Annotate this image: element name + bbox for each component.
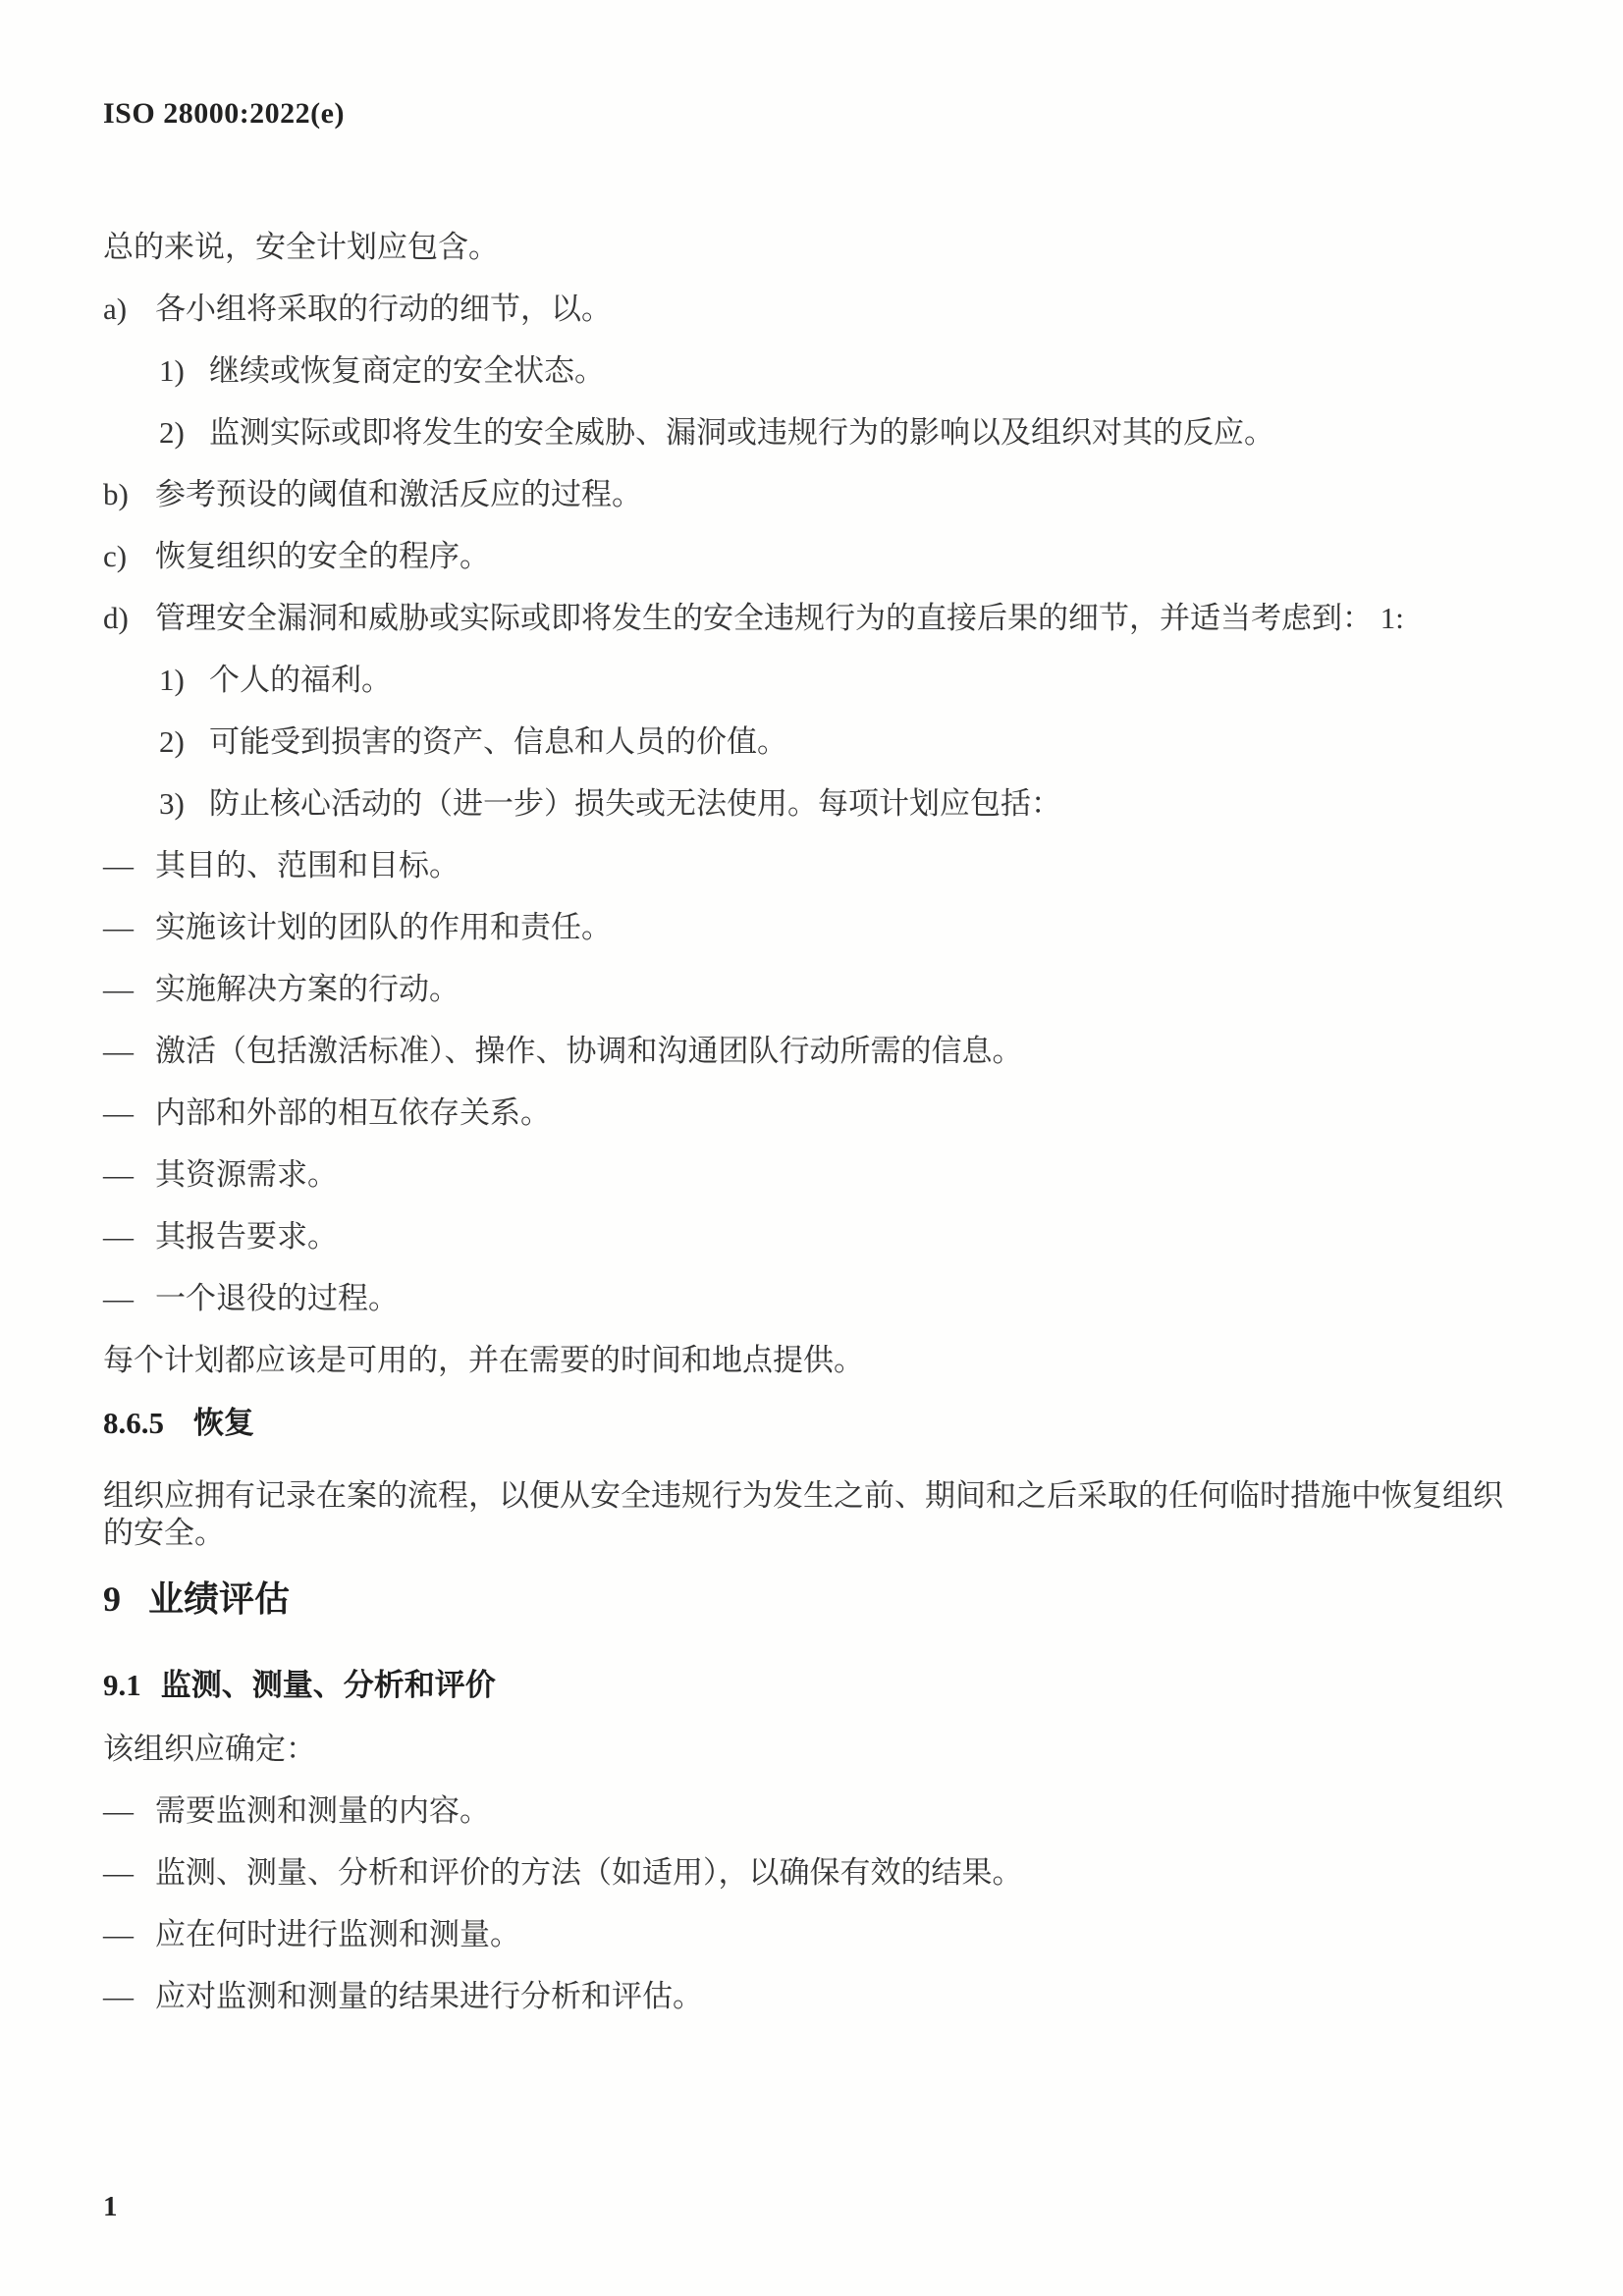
list-item-text: 实施该计划的团队的作用和责任。 [155, 909, 1520, 946]
list-item-text: 恢复组织的安全的程序。 [155, 538, 1520, 575]
list-item-a-2: 2) 监测实际或即将发生的安全威胁、漏洞或违规行为的影响以及组织对其的反应。 [159, 414, 1520, 452]
list-item-text: 其资源需求。 [155, 1156, 1520, 1194]
dash-marker: — [103, 1792, 155, 1830]
dash-marker: — [103, 1280, 155, 1317]
dash-marker: — [103, 909, 155, 946]
list-item-text: 实施解决方案的行动。 [155, 971, 1520, 1008]
list-item-text: 防止核心活动的（进一步）损失或无法使用。每项计划应包括： [209, 785, 1520, 823]
section-number: 9 [103, 1579, 121, 1619]
list-item-text: 内部和外部的相互依存关系。 [155, 1095, 1520, 1132]
page-number: 1 [103, 2187, 118, 2226]
list-item-text: 各小组将采取的行动的细节，以。 [155, 291, 1520, 328]
list-item-a: a) 各小组将采取的行动的细节，以。 [103, 291, 1520, 328]
document-page: ISO 28000:2022(e) 总的来说，安全计划应包含。 a) 各小组将采… [0, 0, 1623, 2296]
section-9-heading: 9业绩评估 [103, 1577, 1520, 1621]
list-marker: 3) [159, 785, 209, 823]
dash-item-9-1-2: — 监测、测量、分析和评价的方法（如适用），以确保有效的结果。 [103, 1854, 1520, 1892]
intro-paragraph: 总的来说，安全计划应包含。 [103, 229, 1520, 266]
list-marker: 2) [159, 723, 209, 761]
section-8-6-5-heading: 8.6.5恢复 [103, 1404, 1520, 1443]
section-number: 9.1 [103, 1668, 141, 1702]
dash-marker: — [103, 1095, 155, 1132]
list-item-text: 继续或恢复商定的安全状态。 [209, 352, 1520, 390]
section-number: 8.6.5 [103, 1406, 164, 1440]
list-marker: d) [103, 600, 155, 637]
section-title: 恢复 [193, 1406, 254, 1440]
availability-paragraph: 每个计划都应该是可用的，并在需要的时间和地点提供。 [103, 1342, 1520, 1379]
dash-marker: — [103, 847, 155, 884]
section-title: 业绩评估 [148, 1579, 290, 1619]
dash-item-9-1-3: — 应在何时进行监测和测量。 [103, 1916, 1520, 1953]
list-marker: 1) [159, 352, 209, 390]
dash-item-9-1-4: — 应对监测和测量的结果进行分析和评估。 [103, 1978, 1520, 2015]
section-title: 监测、测量、分析和评价 [161, 1668, 496, 1702]
list-marker: a) [103, 291, 155, 328]
dash-marker: — [103, 1218, 155, 1255]
dash-item-6: — 其资源需求。 [103, 1156, 1520, 1194]
list-item-text: 激活（包括激活标准）、操作、协调和沟通团队行动所需的信息。 [155, 1033, 1520, 1070]
dash-item-3: — 实施解决方案的行动。 [103, 971, 1520, 1008]
dash-item-4: — 激活（包括激活标准）、操作、协调和沟通团队行动所需的信息。 [103, 1033, 1520, 1070]
list-item-text: 一个退役的过程。 [155, 1280, 1520, 1317]
section-8-6-5-body: 组织应拥有记录在案的流程，以便从安全违规行为发生之前、期间和之后采取的任何临时措… [103, 1477, 1520, 1552]
list-item-b: b) 参考预设的阈值和激活反应的过程。 [103, 476, 1520, 513]
dash-item-9-1-1: — 需要监测和测量的内容。 [103, 1792, 1520, 1830]
dash-item-2: — 实施该计划的团队的作用和责任。 [103, 909, 1520, 946]
list-item-d-2: 2) 可能受到损害的资产、信息和人员的价值。 [159, 723, 1520, 761]
list-item-text: 监测、测量、分析和评价的方法（如适用），以确保有效的结果。 [155, 1854, 1520, 1892]
list-item-text: 个人的福利。 [209, 662, 1520, 699]
list-item-text: 其报告要求。 [155, 1218, 1520, 1255]
dash-marker: — [103, 971, 155, 1008]
list-item-text: 其目的、范围和目标。 [155, 847, 1520, 884]
list-item-d-3: 3) 防止核心活动的（进一步）损失或无法使用。每项计划应包括： [159, 785, 1520, 823]
dash-item-5: — 内部和外部的相互依存关系。 [103, 1095, 1520, 1132]
dash-item-7: — 其报告要求。 [103, 1218, 1520, 1255]
dash-marker: — [103, 1854, 155, 1892]
list-item-c: c) 恢复组织的安全的程序。 [103, 538, 1520, 575]
dash-marker: — [103, 1156, 155, 1194]
list-item-text: 管理安全漏洞和威胁或实际或即将发生的安全违规行为的直接后果的细节，并适当考虑到：… [155, 600, 1520, 637]
list-item-d: d) 管理安全漏洞和威胁或实际或即将发生的安全违规行为的直接后果的细节，并适当考… [103, 600, 1520, 637]
dash-marker: — [103, 1033, 155, 1070]
list-item-text: 应对监测和测量的结果进行分析和评估。 [155, 1978, 1520, 2015]
dash-item-1: — 其目的、范围和目标。 [103, 847, 1520, 884]
dash-item-8: — 一个退役的过程。 [103, 1280, 1520, 1317]
list-item-a-1: 1) 继续或恢复商定的安全状态。 [159, 352, 1520, 390]
list-item-d-1: 1) 个人的福利。 [159, 662, 1520, 699]
section-9-1-heading: 9.1监测、测量、分析和评价 [103, 1666, 1520, 1705]
section-9-1-intro: 该组织应确定： [103, 1731, 1520, 1768]
list-marker: 2) [159, 414, 209, 452]
list-marker: c) [103, 538, 155, 575]
dash-marker: — [103, 1978, 155, 2015]
document-header: ISO 28000:2022(e) [103, 94, 1520, 133]
list-marker: 1) [159, 662, 209, 699]
list-item-text: 监测实际或即将发生的安全威胁、漏洞或违规行为的影响以及组织对其的反应。 [209, 414, 1520, 452]
list-item-text: 应在何时进行监测和测量。 [155, 1916, 1520, 1953]
list-item-text: 参考预设的阈值和激活反应的过程。 [155, 476, 1520, 513]
dash-marker: — [103, 1916, 155, 1953]
list-marker: b) [103, 476, 155, 513]
list-item-text: 需要监测和测量的内容。 [155, 1792, 1520, 1830]
list-item-text: 可能受到损害的资产、信息和人员的价值。 [209, 723, 1520, 761]
